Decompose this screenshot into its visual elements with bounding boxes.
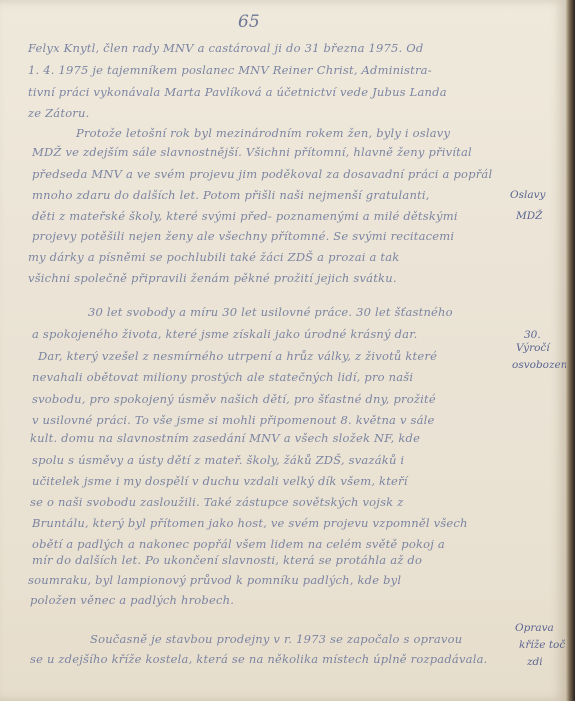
- text-line: se o naši svobodu zasloužili. Také zástu…: [30, 495, 403, 509]
- text-line: 1. 4. 1975 je tajemníkem poslanec MNV Re…: [28, 63, 432, 77]
- text-line: Felyx Knytl, člen rady MNV a castároval …: [28, 41, 423, 55]
- margin-note-line: osvobození: [512, 359, 571, 372]
- text-line: MDŽ ve zdejším sále slavnostnější. Všich…: [32, 145, 472, 159]
- page-edge: [566, 0, 575, 701]
- text-line: 30 let svobody a míru 30 let usilovné pr…: [88, 305, 453, 319]
- text-line: předseda MNV a ve svém projevu jim poděk…: [32, 167, 492, 181]
- text-line: děti z mateřské školy, které svými před-…: [32, 209, 458, 223]
- notebook-page: 65 Felyx Knytl, člen rady MNV a castárov…: [0, 0, 566, 701]
- text-line: položen věnec a padlých hrobech.: [30, 593, 234, 607]
- text-line: obětí a padlých a nakonec popřál všem li…: [32, 537, 445, 551]
- text-line: mír do dalších let. Po ukončení slavnost…: [32, 553, 422, 567]
- text-line: se u zdejšího kříže kostela, která se na…: [30, 652, 488, 666]
- text-line: učitelek jsme i my dospělí v duchu vzdal…: [32, 474, 408, 488]
- text-line: svobodu, pro spokojený úsměv našich dětí…: [32, 392, 436, 406]
- text-line: mnoho zdaru do dalších let. Potom přišli…: [32, 188, 430, 202]
- text-line: kult. domu na slavnostním zasedání MNV a…: [30, 431, 420, 445]
- text-line: všichni společně připravili ženám pěkné …: [28, 271, 397, 285]
- margin-note-line: Výročí: [516, 342, 571, 355]
- page-number: 65: [238, 12, 260, 32]
- text-line: spolu s úsměvy a ústy dětí z mateř. škol…: [32, 453, 404, 467]
- text-line: soumraku, byl lampionový průvod k pomník…: [28, 573, 401, 587]
- text-line: a spokojeného života, které jsme získali…: [32, 327, 417, 341]
- text-line: Současně je stavbou prodejny v r. 1973 s…: [90, 632, 462, 646]
- margin-note-line: Oslavy: [510, 189, 545, 202]
- text-line: ze Zátoru.: [28, 106, 89, 120]
- text-line: v usilovné práci. To vše jsme si mohli p…: [32, 413, 435, 427]
- text-line: Protože letošní rok byl mezinárodním rok…: [76, 126, 450, 140]
- text-line: tivní práci vykonávala Marta Pavlíková a…: [28, 85, 447, 99]
- margin-note-30-vyroci: 30. Výročí osvobození: [518, 329, 571, 372]
- margin-note-line: MDŽ: [516, 210, 545, 223]
- text-line: my dárky a písněmi se pochlubili také žá…: [28, 250, 399, 264]
- text-line: Dar, který vzešel z nesmírného utrpení a…: [38, 349, 437, 363]
- text-line: Bruntálu, který byl přítomen jako host, …: [32, 516, 468, 530]
- text-line: nevahali obětovat miliony prostých ale s…: [32, 370, 413, 384]
- text-line: projevy potěšili nejen ženy ale všechny …: [32, 229, 454, 243]
- margin-note-line: 30.: [524, 329, 571, 342]
- margin-note-oslavy-mdz: Oslavy MDŽ: [510, 189, 545, 223]
